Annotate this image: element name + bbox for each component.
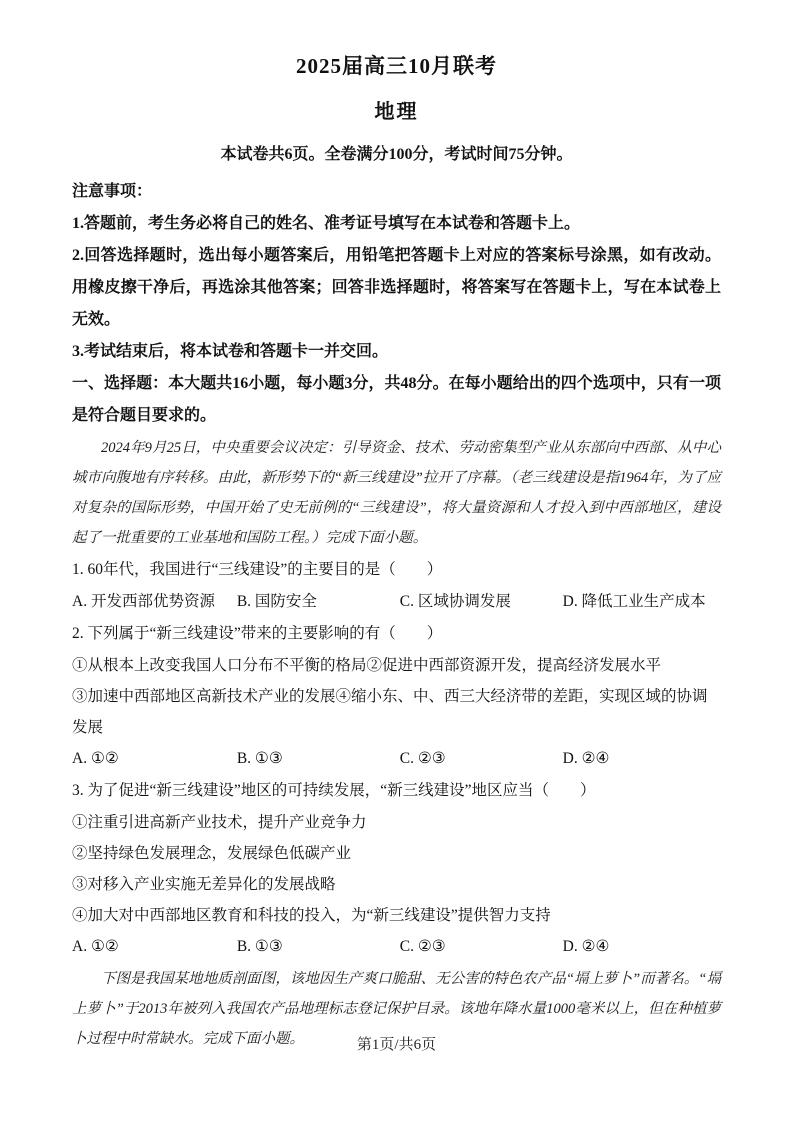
notice-item-1: 1.答题前，考生务必将自己的姓名、准考证号填写在本试卷和答题卡上。 [72, 208, 721, 240]
question-3-subitem-3: ③对移入产业实施无差异化的发展战略 [72, 869, 721, 900]
question-2-option-b: B. ①③ [237, 743, 400, 775]
question-2-option-c: C. ②③ [400, 743, 563, 775]
question-3: 3. 为了促进“新三线建设”地区的可持续发展，“新三线建设”地区应当（ ） ①注… [72, 775, 721, 963]
question-1-option-c: C. 区域协调发展 [400, 586, 563, 618]
question-2-subitems-line-2: ③加速中西部地区高新技术产业的发展④缩小东、中、西三大经济带的差距，实现区域的协… [72, 681, 721, 743]
question-2: 2. 下列属于“新三线建设”带来的主要影响的有（ ） ①从根本上改变我国人口分布… [72, 618, 721, 775]
question-1-option-d: D. 降低工业生产成本 [563, 586, 721, 618]
question-1-option-b: B. 国防安全 [237, 586, 400, 618]
question-3-option-a: A. ①② [72, 931, 237, 963]
notice-item-3: 3.考试结束后，将本试卷和答题卡一并交回。 [72, 336, 721, 368]
question-3-options: A. ①② B. ①③ C. ②③ D. ②④ [72, 931, 721, 963]
section-heading: 一、选择题：本大题共16小题，每小题3分，共48分。在每小题给出的四个选项中，只… [72, 368, 721, 432]
question-2-option-a: A. ①② [72, 743, 237, 775]
question-3-subitem-2: ②坚持绿色发展理念，发展绿色低碳产业 [72, 838, 721, 869]
exam-info: 本试卷共6页。全卷满分100分，考试时间75分钟。 [72, 141, 721, 170]
question-1-stem: 1. 60年代，我国进行“三线建设”的主要目的是（ ） [72, 554, 721, 586]
question-3-option-b: B. ①③ [237, 931, 400, 963]
question-3-subitem-4: ④加大对中西部地区教育和科技的投入，为“新三线建设”提供智力支持 [72, 900, 721, 931]
question-2-stem: 2. 下列属于“新三线建设”带来的主要影响的有（ ） [72, 618, 721, 650]
page-number: 第1页/共6页 [0, 1033, 793, 1054]
question-3-option-d: D. ②④ [563, 931, 721, 963]
question-2-options: A. ①② B. ①③ C. ②③ D. ②④ [72, 743, 721, 775]
question-3-stem: 3. 为了促进“新三线建设”地区的可持续发展，“新三线建设”地区应当（ ） [72, 775, 721, 807]
question-1-option-a: A. 开发西部优势资源 [72, 586, 237, 618]
passage-1: 2024年9月25日，中央重要会议决定：引导资金、技术、劳动密集型产业从东部向中… [72, 433, 721, 553]
notice-item-2: 2.回答选择题时，选出每小题答案后，用铅笔把答题卡上对应的答案标号涂黑，如有改动… [72, 240, 721, 336]
subject-title: 地理 [72, 97, 721, 127]
question-2-option-d: D. ②④ [563, 743, 721, 775]
exam-paper-page: 2025届高三10月联考 地理 本试卷共6页。全卷满分100分，考试时间75分钟… [0, 0, 793, 1054]
question-2-subitems-line-1: ①从根本上改变我国人口分布不平衡的格局②促进中西部资源开发，提高经济发展水平 [72, 650, 721, 681]
page-title: 2025届高三10月联考 [72, 52, 721, 81]
question-3-option-c: C. ②③ [400, 931, 563, 963]
question-1: 1. 60年代，我国进行“三线建设”的主要目的是（ ） A. 开发西部优势资源 … [72, 554, 721, 618]
question-3-subitem-1: ①注重引进高新产业技术，提升产业竞争力 [72, 807, 721, 838]
notices-label: 注意事项： [72, 176, 721, 208]
question-1-options: A. 开发西部优势资源 B. 国防安全 C. 区域协调发展 D. 降低工业生产成… [72, 586, 721, 618]
